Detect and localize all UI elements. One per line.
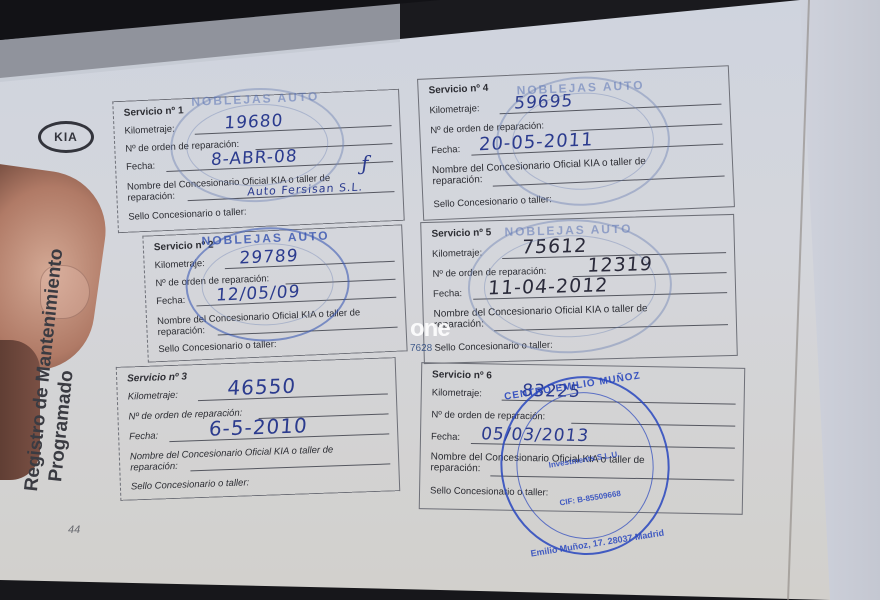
service-title: Servicio nº 1 — [124, 105, 184, 119]
signature: ƒ — [361, 151, 369, 175]
fecha-value: 20-05-2011 — [478, 129, 594, 155]
fecha-value: 05/03/2013 — [480, 424, 590, 446]
kilometraje-value: 83225 — [521, 381, 583, 402]
kilometraje-value: 75612 — [521, 235, 588, 259]
kilometraje-value: 46550 — [227, 374, 297, 400]
watermark-number: 7628 — [410, 343, 432, 354]
service-box-6: Servicio nº 6 Kilometraje: 83225 Nº de o… — [419, 362, 746, 515]
service-box-2: Servicio nº 2 Kilometraje: 29789 Nº de o… — [142, 224, 407, 362]
watermark-logo: one — [410, 315, 450, 343]
fecha-value: 11-04-2012 — [487, 274, 609, 299]
photo-scene: KIA Registro de Mantenimiento Programado… — [0, 0, 880, 600]
page-number: 44 — [68, 524, 80, 536]
orden-value: 12319 — [587, 253, 654, 277]
fecha-value: 12/05/09 — [215, 282, 301, 306]
service-box-4: Servicio nº 4 Kilometraje: 59695 Nº de o… — [417, 65, 735, 220]
kilometraje-value: 59695 — [514, 91, 574, 114]
fecha-value: 8-ABR-08 — [210, 146, 298, 170]
kilometraje-value: 19680 — [224, 111, 284, 134]
service-box-1: Servicio nº 1 Kilometraje: 19680 Nº de o… — [112, 89, 404, 233]
kilometraje-value: 29789 — [239, 246, 299, 269]
service-box-5: Servicio nº 5 Kilometraje: 75612 Nº de o… — [420, 214, 738, 364]
kia-logo-icon: KIA — [38, 121, 94, 153]
concesionario-value: Auto Fersisan S.L. — [247, 180, 364, 198]
service-box-3: Servicio nº 3 Kilometraje: 46550 Nº de o… — [116, 357, 401, 501]
fecha-value: 6-5-2010 — [208, 413, 308, 441]
